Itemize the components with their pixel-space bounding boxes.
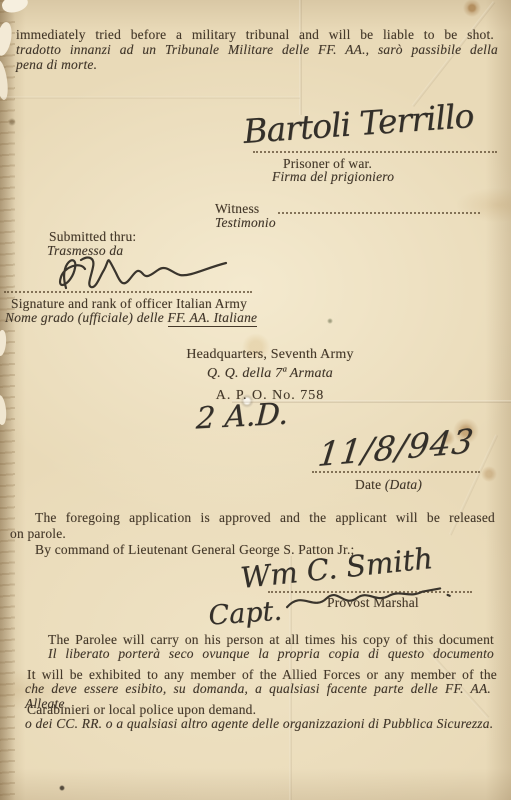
date-label-english: Date [355,477,385,492]
term-2-english: It will be exhibited to any member of th… [27,667,497,682]
headquarters-line: Headquarters, Seventh Army [140,347,400,362]
torn-paper-bit [0,21,14,57]
date-label: Date (Data) [355,477,422,492]
torn-paper-bit [0,59,10,100]
handwritten-date: 11/8/943 [316,421,476,474]
approval-line-1: The foregoing application is approved an… [35,510,495,525]
provost-rank-text: Capt. [207,596,282,632]
officer-caption-italian-prefix: Nome grado (ufficiale) delle [5,310,168,325]
intro-line-italian-2: pena di morte. [16,57,97,72]
officer-caption-italian-underlined: FF. AA. Italiane [168,310,258,327]
term-3-english: Carabinieri or local police upon demand. [27,702,256,717]
officer-caption-italian: Nome grado (ufficiale) delle FF. AA. Ita… [5,310,257,325]
prisoner-label-italian: Firma del prigioniero [272,169,394,184]
officer-signature-scribble [50,246,245,296]
officer-signature-line [4,291,252,293]
term-1-italian: Il liberato porterà seco ovunque la prop… [48,646,494,661]
term-3-italian: o dei CC. RR. o a qualsiasi altro agente… [25,716,493,731]
witness-label-italian: Testimonio [215,215,276,230]
prisoner-signature-handwriting: Bartoli Terrillo [242,96,475,151]
torn-paper-bit [0,395,7,426]
officer-caption-english: Signature and rank of officer Italian Ar… [11,296,247,311]
submitted-thru-label-english: Submitted thru: [49,229,136,244]
handwritten-unit-note: 2 A.D. [195,397,289,437]
witness-label-english: Witness [215,201,259,216]
torn-left-edge [0,0,15,800]
date-label-italian: (Data) [385,477,422,492]
headquarters-line-italian: Q. Q. della 7ª Armata [140,366,400,381]
prisoner-signature-line [253,151,497,153]
term-1-english: The Parolee will carry on his person at … [48,632,494,647]
intro-line-italian: tradotto innanzi ad un Tribunale Militar… [16,42,498,57]
intro-line-english: immediately tried before a military trib… [16,27,494,42]
fold-crease [0,96,300,99]
torn-paper-bit [0,330,7,357]
witness-signature-line [278,212,480,214]
torn-paper-bit [0,0,29,15]
parole-document-photo: immediately tried before a military trib… [0,0,511,800]
approval-line-2: on parole. [10,526,66,541]
date-line [312,471,480,473]
fold-crease [299,0,302,115]
